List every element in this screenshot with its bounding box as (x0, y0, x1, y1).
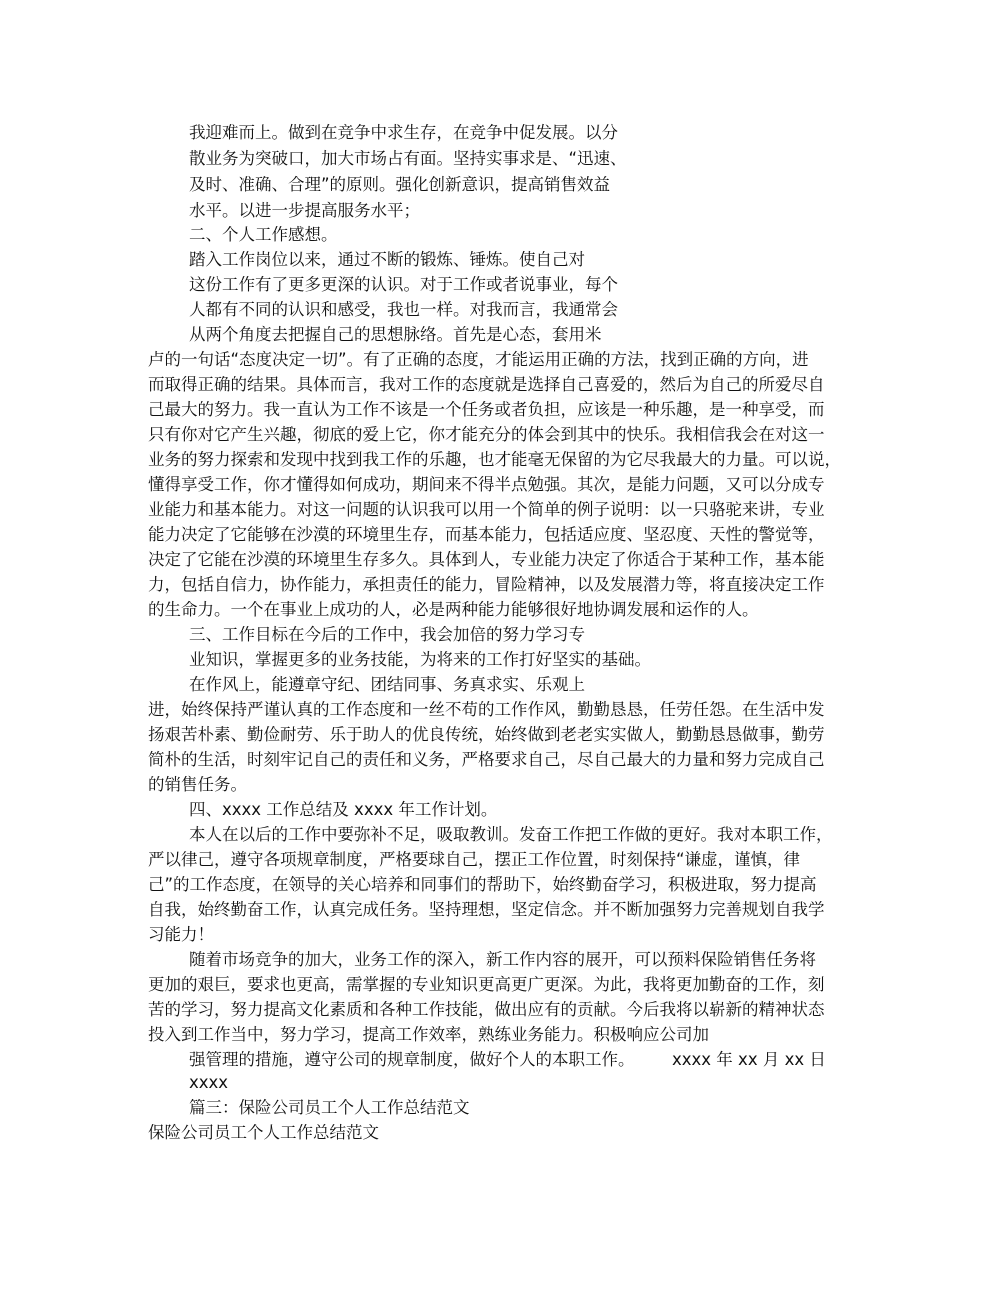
text-line: 强管理的措施，遵守公司的规章制度，做好个人的本职工作。 (189, 1049, 635, 1071)
text-line: 习能力！ (148, 924, 214, 946)
text-line: 这份工作有了更多更深的认识。对于工作或者说事业，每个 (189, 274, 618, 296)
text-line: 人都有不同的认识和感受，我也一样。对我而言，我通常会 (189, 299, 618, 321)
text-line: 踏入工作岗位以来，通过不断的锻炼、锤炼。使自己对 (189, 249, 585, 271)
text-line: 水平。以进一步提高服务水平； (189, 200, 420, 222)
section-heading: 二、个人工作感想。 (189, 224, 338, 246)
text-line: 投入到工作当中，努力学习，提高工作效率，熟练业务能力。积极响应公司加 (148, 1024, 709, 1046)
text-line: 而取得正确的结果。具体而言，我对工作的态度就是选择自己喜爱的，然后为自己的所爱尽… (148, 374, 825, 396)
text-line: 卢的一句话“态度决定一切”。有了正确的态度，才能运用正确的方法，找到正确的方向，… (148, 349, 809, 371)
article-title: 保险公司员工个人工作总结范文 (148, 1122, 379, 1144)
text-line: 的销售任务。 (148, 774, 247, 796)
text-line: 的生命力。一个在事业上成功的人，必是两种能力能够很好地协调发展和运作的人。 (148, 599, 759, 621)
text-line: 本人在以后的工作中要弥补不足，吸取教训。发奋工作把工作做的更好。我对本职工作， (189, 824, 833, 846)
section-heading: 四、xxxx 工作总结及 xxxx 年工作计划。 (189, 799, 497, 821)
text-line: 只有你对它产生兴趣，彻底的爱上它，你才能充分的体会到其中的快乐。我相信我会在对这… (148, 424, 825, 446)
text-line: 随着市场竞争的加大，业务工作的深入，新工作内容的展开，可以预料保险销售任务将 (189, 949, 816, 971)
text-line: 在作风上，能遵章守纪、团结同事、务真求实、乐观上 (189, 674, 585, 696)
text-line: 苦的学习，努力提高文化素质和各种工作技能，做出应有的贡献。今后我将以崭新的精神状… (148, 999, 825, 1021)
signature-line: xxxx (189, 1072, 228, 1094)
date-line: xxxx 年 xx 月 xx 日 (672, 1049, 826, 1071)
text-line: 散业务为突破口，加大市场占有面。坚持实事求是、“迅速、 (189, 148, 627, 170)
text-line: 自我，始终勤奋工作，认真完成任务。坚持理想，坚定信念。并不断加强努力完善规划自我… (148, 899, 825, 921)
text-line: 懂得享受工作，你才懂得如何成功，期间来不得半点勉强。其次，是能力问题，又可以分成… (148, 474, 825, 496)
text-line: 简朴的生活，时刻牢记自己的责任和义务，严格要求自己，尽自己最大的力量和努力完成自… (148, 749, 825, 771)
text-line: 决定了它能在沙漠的环境里生存多久。具体到人，专业能力决定了你适合于某种工作，基本… (148, 549, 825, 571)
text-line: 业知识，掌握更多的业务技能，为将来的工作打好坚实的基础。 (189, 649, 651, 671)
text-line: 己”的工作态度，在领导的关心培养和同事们的帮助下，始终勤奋学习，积极进取，努力提… (148, 874, 817, 896)
text-line: 及时、准确、合理”的原则。强化创新意识，提高销售效益 (189, 174, 610, 196)
text-line: 能力决定了它能够在沙漠的环境里生存，而基本能力，包括适应度、坚忍度、天性的警觉等… (148, 524, 825, 546)
text-line: 力，包括自信力，协作能力，承担责任的能力，冒险精神，以及发展潜力等，将直接决定工… (148, 574, 825, 596)
section-heading: 三、工作目标在今后的工作中，我会加倍的努力学习专 (189, 624, 585, 646)
article-heading: 篇三：保险公司员工个人工作总结范文 (189, 1097, 470, 1119)
text-line: 严以律己，遵守各项规章制度，严格要球自己，摆正工作位置，时刻保持“谦虚，谨慎，律 (148, 849, 800, 871)
text-line: 业务的努力探索和发现中找到我工作的乐趣，也才能毫无保留的为它尽我最大的力量。可以… (148, 449, 841, 471)
text-line: 更加的艰巨，要求也更高，需掌握的专业知识更高更广更深。为此，我将更加勤奋的工作，… (148, 974, 825, 996)
document-page: 我迎难而上。做到在竞争中求生存，在竞争中促发展。以分 散业务为突破口，加大市场占… (0, 0, 1000, 1295)
text-line: 我迎难而上。做到在竞争中求生存，在竞争中促发展。以分 (189, 122, 618, 144)
text-line: 己最大的努力。我一直认为工作不该是一个任务或者负担，应该是一种乐趣，是一种享受，… (148, 399, 825, 421)
text-line: 进，始终保持严谨认真的工作态度和一丝不苟的工作作风，勤勤恳恳，任劳任怨。在生活中… (148, 699, 825, 721)
text-line: 业能力和基本能力。对这一问题的认识我可以用一个简单的例子说明：以一只骆驼来讲，专… (148, 499, 825, 521)
text-line: 扬艰苦朴素、勤俭耐劳、乐于助人的优良传统，始终做到老老实实做人，勤勤恳恳做事，勤… (148, 724, 825, 746)
text-line: 从两个角度去把握自己的思想脉络。首先是心态，套用米 (189, 324, 602, 346)
